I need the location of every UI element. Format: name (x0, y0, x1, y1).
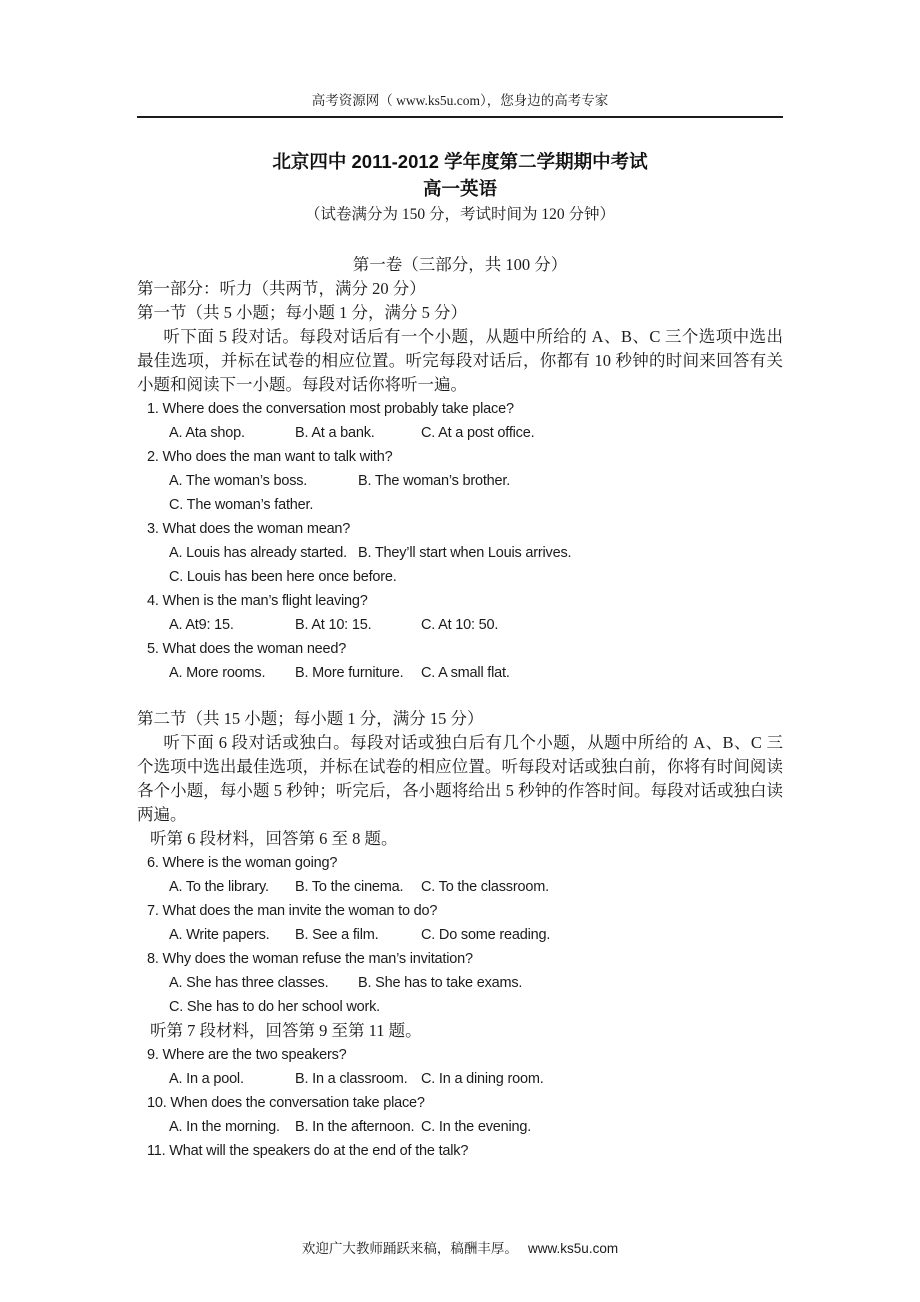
question-4-options-line-1: A. At9: 15. B. At 10: 15. C. At 10: 50. (137, 613, 783, 637)
question-6-options-line-1: A. To the library. B. To the cinema. C. … (137, 875, 783, 899)
question-3: 3. What does the woman mean? (147, 517, 783, 541)
question-11: 11. What will the speakers do at the end… (147, 1139, 783, 1163)
question-10-options-line-1: A. In the morning. B. In the afternoon. … (137, 1115, 783, 1139)
document-title: 北京四中 2011-2012 学年度第二学期期中考试 (137, 148, 783, 175)
section2-heading: 第二节（共 15 小题；每小题 1 分，满分 15 分） (137, 707, 783, 731)
section2-instructions: 听下面 6 段对话或独白。每段对话或独白后有几个小题，从题中所给的 A、B、C … (137, 731, 783, 827)
document-subtitle: 高一英语 (137, 175, 783, 202)
footer-text: 欢迎广大教师踊跃来稿，稿酬丰厚。 (302, 1241, 518, 1256)
question-1-options-line-1: A. Ata shop. B. At a bank. C. At a post … (137, 421, 783, 445)
question-9: 9. Where are the two speakers? (147, 1043, 783, 1067)
question-3-options-line-1: A. Louis has already started. B. They’ll… (137, 541, 783, 565)
question-2-options-line-2: C. The woman’s father. (137, 493, 783, 517)
section1-instructions: 听下面 5 段对话。每段对话后有一个小题，从题中所给的 A、B、C 三个选项中选… (137, 325, 783, 397)
question-1: 1. Where does the conversation most prob… (147, 397, 783, 421)
section1-heading: 第一节（共 5 小题；每小题 1 分，满分 5 分） (137, 301, 783, 325)
material6-line: 听第 6 段材料，回答第 6 至 8 题。 (150, 827, 783, 851)
spacer (137, 227, 783, 253)
question-8-options-line-2: C. She has to do her school work. (137, 995, 783, 1019)
question-10: 10. When does the conversation take plac… (147, 1091, 783, 1115)
question-4: 4. When is the man’s flight leaving? (147, 589, 783, 613)
question-6: 6. Where is the woman going? (147, 851, 783, 875)
question-7: 7. What does the man invite the woman to… (147, 899, 783, 923)
question-2-options-line-1: A. The woman’s boss. B. The woman’s brot… (137, 469, 783, 493)
exam-info-line: （试卷满分为 150 分，考试时间为 120 分钟） (137, 202, 783, 227)
question-2: 2. Who does the man want to talk with? (147, 445, 783, 469)
footer-site-url: www.ks5u.com (528, 1241, 618, 1256)
exam-document-page: 高考资源网（ www.ks5u.com），您身边的高考专家 北京四中 2011-… (0, 0, 920, 1302)
section2-questions-9-11: 9. Where are the two speakers?A. In a po… (137, 1043, 783, 1163)
question-5: 5. What does the woman need? (147, 637, 783, 661)
question-7-options-line-1: A. Write papers. B. See a film. C. Do so… (137, 923, 783, 947)
question-3-options-line-2: C. Louis has been here once before. (137, 565, 783, 589)
spacer (137, 685, 783, 707)
question-8: 8. Why does the woman refuse the man’s i… (147, 947, 783, 971)
section2-questions-6-8: 6. Where is the woman going?A. To the li… (137, 851, 783, 1019)
volume-heading: 第一卷（三部分，共 100 分） (137, 253, 783, 277)
section1-questions: 1. Where does the conversation most prob… (137, 397, 783, 685)
question-5-options-line-1: A. More rooms. B. More furniture. C. A s… (137, 661, 783, 685)
header-site-line: 高考资源网（ www.ks5u.com），您身边的高考专家 (312, 93, 609, 108)
part1-heading: 第一部分：听力（共两节，满分 20 分） (137, 277, 783, 301)
page-header: 高考资源网（ www.ks5u.com），您身边的高考专家 (137, 92, 783, 118)
page-footer: 欢迎广大教师踊跃来稿，稿酬丰厚。 www.ks5u.com (0, 1240, 920, 1258)
material7-line: 听第 7 段材料，回答第 9 至第 11 题。 (150, 1019, 783, 1043)
question-8-options-line-1: A. She has three classes. B. She has to … (137, 971, 783, 995)
question-9-options-line-1: A. In a pool. B. In a classroom. C. In a… (137, 1067, 783, 1091)
document-body: 北京四中 2011-2012 学年度第二学期期中考试 高一英语 （试卷满分为 1… (137, 148, 783, 1163)
